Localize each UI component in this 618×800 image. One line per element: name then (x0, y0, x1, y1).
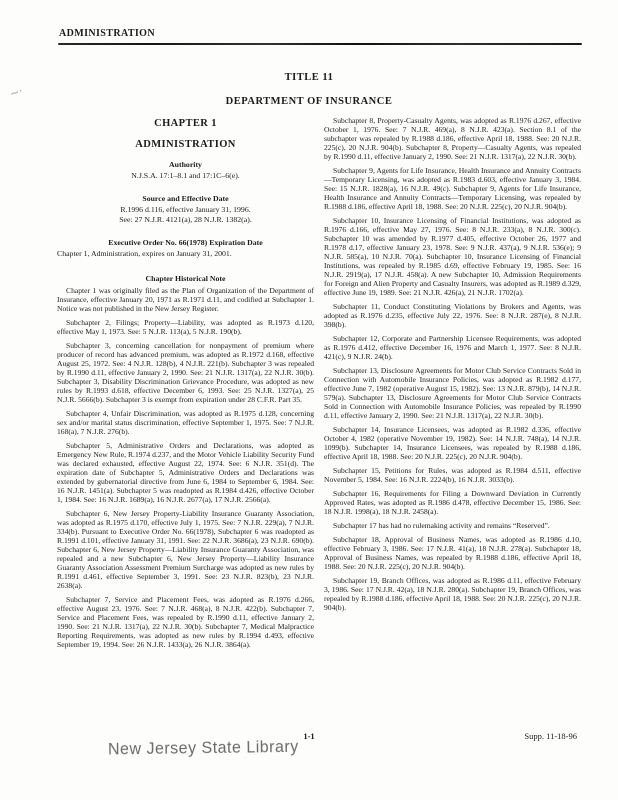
source-heading: Source and Effective Date (57, 194, 314, 203)
executive-order-heading: Executive Order No. 66(1978) Expiration … (57, 238, 314, 247)
right-column: Subchapter 8, Property-Casualty Agents, … (324, 116, 581, 724)
supplement-date: Supp. 11-18-96 (524, 731, 577, 741)
historical-paragraph: Subchapter 17 has had no rulemaking acti… (324, 521, 581, 530)
historical-paragraph: Subchapter 7, Service and Placement Fees… (57, 595, 314, 649)
historical-paragraph: Subchapter 19, Branch Offices, was adopt… (324, 576, 581, 612)
document-page: ADMINISTRATION ∼· TITLE 11 DEPARTMENT OF… (0, 0, 618, 800)
spacer (57, 180, 314, 186)
historical-paragraph: Chapter 1 was originally filed as the Pl… (57, 286, 314, 313)
historical-paragraph: Subchapter 13, Disclosure Agreements for… (324, 366, 581, 420)
source-line-1: R.1996 d.116, effective January 31, 1996… (57, 205, 314, 214)
spacer (57, 259, 314, 265)
historical-paragraph: Subchapter 8, Property-Casualty Agents, … (324, 116, 581, 161)
historical-paragraph: Subchapter 2, Filings; Property—Liabilit… (57, 318, 314, 336)
historical-paragraph: Subchapter 15, Petitions for Rules, was … (324, 466, 581, 484)
running-header: ADMINISTRATION (59, 28, 155, 39)
chapter-title: ADMINISTRATION (57, 140, 314, 149)
historical-paragraph: Subchapter 3, concerning cancellation fo… (57, 341, 314, 404)
authority-text: N.J.S.A. 17:1–8.1 and 17:1C–6(e). (57, 171, 314, 180)
spacer (57, 224, 314, 230)
historical-paragraph: Subchapter 6, New Jersey Property-Liabil… (57, 509, 314, 590)
executive-order-text: Chapter 1, Administration, expires on Ja… (57, 249, 314, 258)
historical-paragraph: Subchapter 10, Insurance Licensing of Fi… (324, 216, 581, 297)
historical-paragraph: Subchapter 14, Insurance Licensees, was … (324, 425, 581, 461)
header-rule (58, 43, 582, 45)
library-stamp: New Jersey State Library (108, 738, 299, 759)
source-line-2: See: 27 N.J.R. 4121(a), 28 N.J.R. 1382(a… (57, 215, 314, 224)
historical-paragraph: Subchapter 11, Conduct Constituting Viol… (324, 302, 581, 329)
authority-heading: Authority (57, 160, 314, 169)
left-column: CHAPTER 1 ADMINISTRATION Authority N.J.S… (57, 116, 314, 724)
historical-paragraph: Subchapter 12, Corporate and Partnership… (324, 334, 581, 361)
body-columns: CHAPTER 1 ADMINISTRATION Authority N.J.S… (57, 116, 581, 724)
historical-paragraph: Subchapter 4, Unfair Discrimination, was… (57, 409, 314, 436)
historical-paragraph: Subchapter 5, Administrative Orders and … (57, 441, 314, 504)
historical-paragraph: Subchapter 9, Agents for Life Insurance,… (324, 166, 581, 211)
historical-note-heading: Chapter Historical Note (57, 274, 314, 283)
page-subtitle: DEPARTMENT OF INSURANCE (0, 96, 618, 107)
chapter-heading: CHAPTER 1 (57, 119, 314, 128)
historical-paragraph: Subchapter 16, Requirements for Filing a… (324, 489, 581, 516)
page-title: TITLE 11 (0, 72, 618, 83)
historical-paragraph: Subchapter 18, Approval of Business Name… (324, 535, 581, 571)
